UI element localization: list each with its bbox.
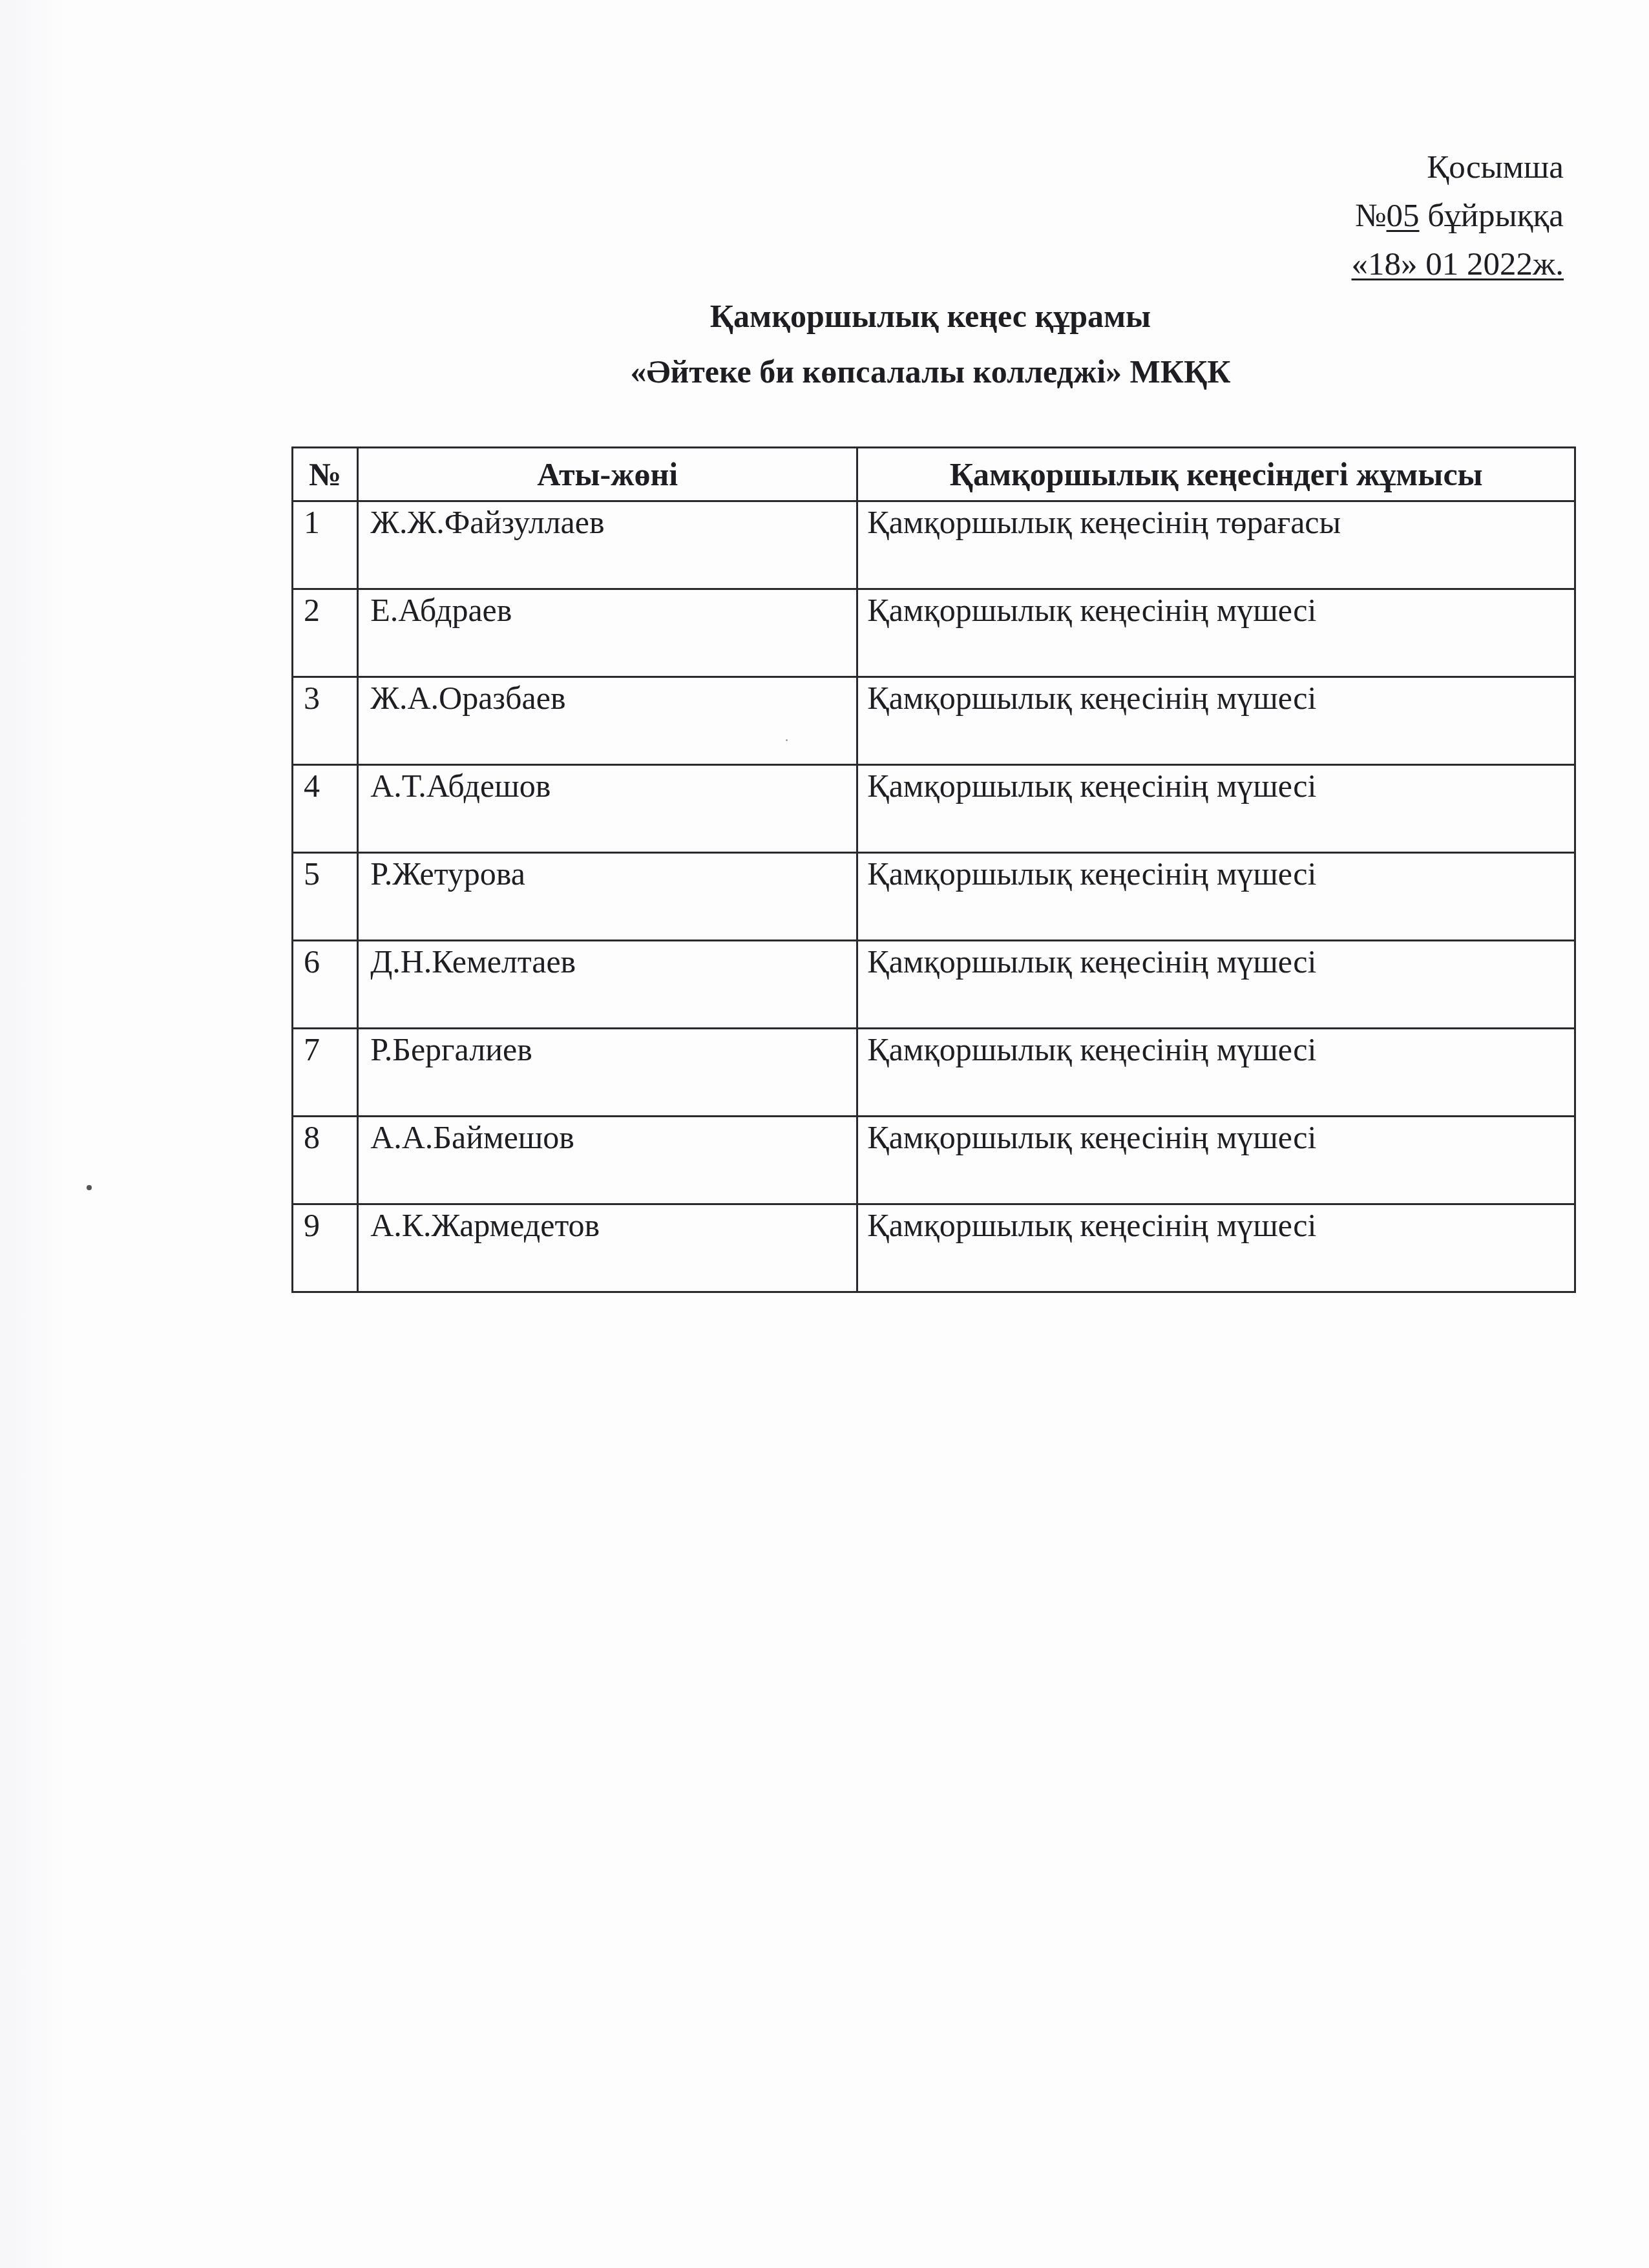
- member-role: Қамқоршылық кеңесінің төрағасы: [857, 501, 1575, 589]
- header-number: №: [293, 448, 358, 501]
- row-number: 8: [293, 1117, 358, 1204]
- table-row: 9А.К.ЖармедетовҚамқоршылық кеңесінің мүш…: [293, 1204, 1575, 1292]
- table-row: 7Р.БергалиевҚамқоршылық кеңесінің мүшесі: [293, 1029, 1575, 1117]
- member-name: А.А.Баймешов: [358, 1117, 857, 1204]
- header-name: Аты-жөні: [358, 448, 857, 501]
- row-number: 5: [293, 853, 358, 941]
- title-line-1: Қамқоршылық кеңес құрамы: [0, 288, 1649, 344]
- row-number: 9: [293, 1204, 358, 1292]
- member-name: Д.Н.Кемелтаев: [358, 941, 857, 1029]
- row-number: 7: [293, 1029, 358, 1117]
- scan-speck: [786, 739, 788, 741]
- member-role: Қамқоршылық кеңесінің мүшесі: [857, 1204, 1575, 1292]
- order-date: «18» 01 2022ж.: [1352, 240, 1564, 289]
- member-role: Қамқоршылық кеңесінің мүшесі: [857, 853, 1575, 941]
- row-number: 6: [293, 941, 358, 1029]
- member-role: Қамқоршылық кеңесінің мүшесі: [857, 677, 1575, 765]
- member-name: Р.Бергалиев: [358, 1029, 857, 1117]
- title-line-2: «Әйтеке би көпсалалы колледжі» МКҚК: [0, 344, 1649, 399]
- table-row: 4А.Т.АбдешовҚамқоршылық кеңесінің мүшесі: [293, 765, 1575, 853]
- member-name: Е.Абдраев: [358, 589, 857, 677]
- annex-label: Қосымша: [1352, 143, 1564, 192]
- member-role: Қамқоршылық кеңесінің мүшесі: [857, 1029, 1575, 1117]
- row-number: 2: [293, 589, 358, 677]
- table-row: 8А.А.БаймешовҚамқоршылық кеңесінің мүшес…: [293, 1117, 1575, 1204]
- table-row: 1Ж.Ж.ФайзуллаевҚамқоршылық кеңесінің төр…: [293, 501, 1575, 589]
- member-name: Ж.А.Оразбаев: [358, 677, 857, 765]
- order-suffix: бұйрыққа: [1420, 198, 1564, 234]
- table-header-row: № Аты-жөні Қамқоршылық кеңесіндегі жұмыс…: [293, 448, 1575, 501]
- member-name: А.К.Жармедетов: [358, 1204, 857, 1292]
- member-role: Қамқоршылық кеңесінің мүшесі: [857, 1117, 1575, 1204]
- member-name: А.Т.Абдешов: [358, 765, 857, 853]
- table-row: 2Е.АбдраевҚамқоршылық кеңесінің мүшесі: [293, 589, 1575, 677]
- member-role: Қамқоршылық кеңесінің мүшесі: [857, 941, 1575, 1029]
- row-number: 4: [293, 765, 358, 853]
- order-number: 05: [1387, 198, 1420, 234]
- header-role: Қамқоршылық кеңесіндегі жұмысы: [857, 448, 1575, 501]
- council-members-table: № Аты-жөні Қамқоршылық кеңесіндегі жұмыс…: [291, 446, 1576, 1293]
- scan-speck: [87, 1185, 92, 1190]
- order-reference: №05 бұйрыққа: [1352, 192, 1564, 240]
- table-row: 3Ж.А.ОразбаевҚамқоршылық кеңесінің мүшес…: [293, 677, 1575, 765]
- member-name: Ж.Ж.Файзуллаев: [358, 501, 857, 589]
- table-row: 5Р.ЖетуроваҚамқоршылық кеңесінің мүшесі: [293, 853, 1575, 941]
- member-role: Қамқоршылық кеңесінің мүшесі: [857, 589, 1575, 677]
- member-name: Р.Жетурова: [358, 853, 857, 941]
- annex-block: Қосымша №05 бұйрыққа «18» 01 2022ж.: [1352, 143, 1564, 289]
- document-title: Қамқоршылық кеңес құрамы «Әйтеке би көпс…: [0, 288, 1649, 399]
- member-role: Қамқоршылық кеңесінің мүшесі: [857, 765, 1575, 853]
- order-prefix: №: [1355, 198, 1387, 234]
- row-number: 1: [293, 501, 358, 589]
- row-number: 3: [293, 677, 358, 765]
- table-row: 6Д.Н.КемелтаевҚамқоршылық кеңесінің мүше…: [293, 941, 1575, 1029]
